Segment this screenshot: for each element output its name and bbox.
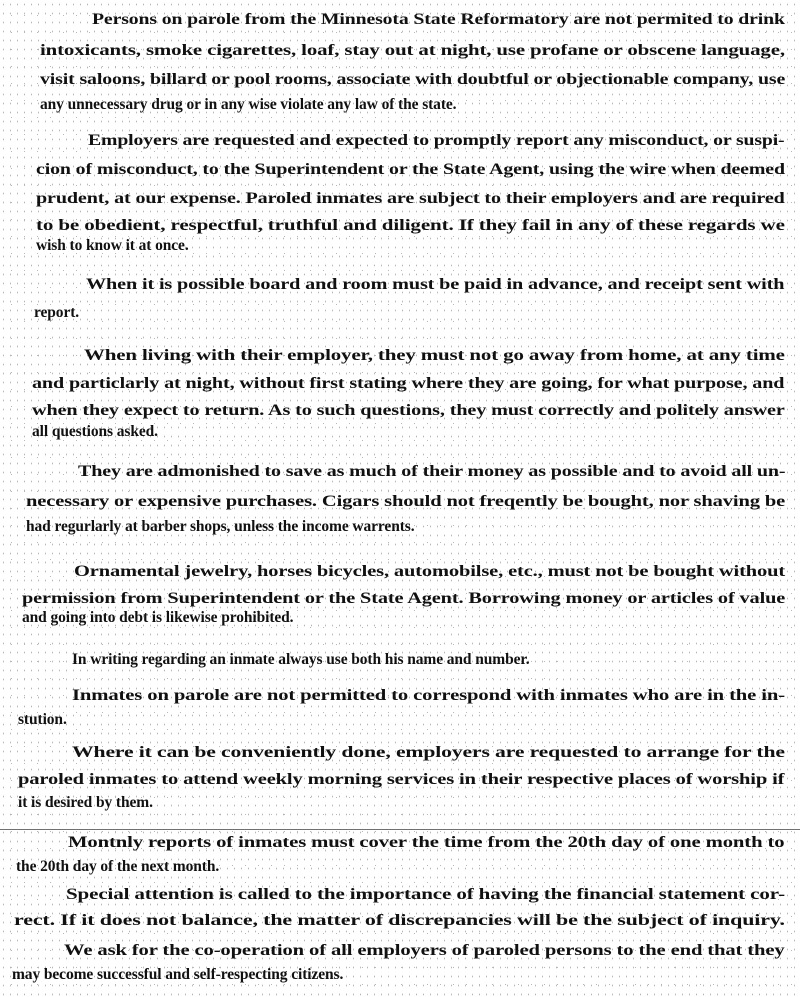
paragraph-line: cion of misconduct, to the Superintenden… <box>36 161 785 179</box>
paragraph-line: Montnly reports of inmates must cover th… <box>68 834 784 852</box>
paragraph-line: When living with their employer, they mu… <box>84 347 785 365</box>
horizontal-rule <box>0 829 800 830</box>
paragraph-line: Inmates on parole are not permitted to c… <box>72 687 785 705</box>
document-page: Persons on parole from the Minnesota Sta… <box>0 0 800 997</box>
paragraph-line: may become successful and self-respectin… <box>12 966 343 984</box>
paragraph-line: We ask for the co-operation of all emplo… <box>64 942 785 960</box>
paragraph-line: They are admonished to save as much of t… <box>78 463 785 481</box>
paragraph-line: When it is possible board and room must … <box>86 276 784 294</box>
paragraph-line: report. <box>34 304 79 322</box>
paragraph-line: and particlarly at night, without first … <box>32 375 784 393</box>
paragraph-line: it is desired by them. <box>18 794 153 812</box>
paragraph-line: had regurlarly at barber shops, unless t… <box>26 518 415 536</box>
paragraph-line: to be obedient, respectful, truthful and… <box>36 217 785 235</box>
paragraph-line: permission from Superintendent or the St… <box>22 590 785 608</box>
paragraph-line: intoxicants, smoke cigarettes, loaf, sta… <box>40 42 785 60</box>
paragraph-line: when they expect to return. As to such q… <box>32 402 785 420</box>
paragraph-line: prudent, at our expense. Paroled inmates… <box>36 190 785 208</box>
paragraph-line: wish to know it at once. <box>36 237 189 255</box>
paragraph-line: all questions asked. <box>32 423 158 441</box>
paragraph-line: Persons on parole from the Minnesota Sta… <box>92 11 785 29</box>
paragraph-line: stution. <box>18 711 67 729</box>
paragraph-line: the 20th day of the next month. <box>16 858 219 876</box>
paragraph-line: visit saloons, billard or pool rooms, as… <box>40 71 785 89</box>
paragraph-line: Ornamental jewelry, horses bicycles, aut… <box>74 563 785 581</box>
paragraph-line: and going into debt is likewise prohibit… <box>22 609 293 627</box>
paragraph-line: Employers are requested and expected to … <box>88 132 785 150</box>
paragraph-line: paroled inmates to attend weekly morning… <box>18 771 784 789</box>
paragraph-line: necessary or expensive purchases. Cigars… <box>26 493 785 511</box>
paragraph-line: Special attention is called to the impor… <box>66 886 785 904</box>
paragraph-line: Where it can be conveniently done, emplo… <box>72 744 785 762</box>
paragraph-line: In writing regarding an inmate always us… <box>72 651 530 669</box>
paragraph-line: rect. If it does not balance, the matter… <box>14 912 785 930</box>
paragraph-line: any unnecessary drug or in any wise viol… <box>40 96 456 114</box>
